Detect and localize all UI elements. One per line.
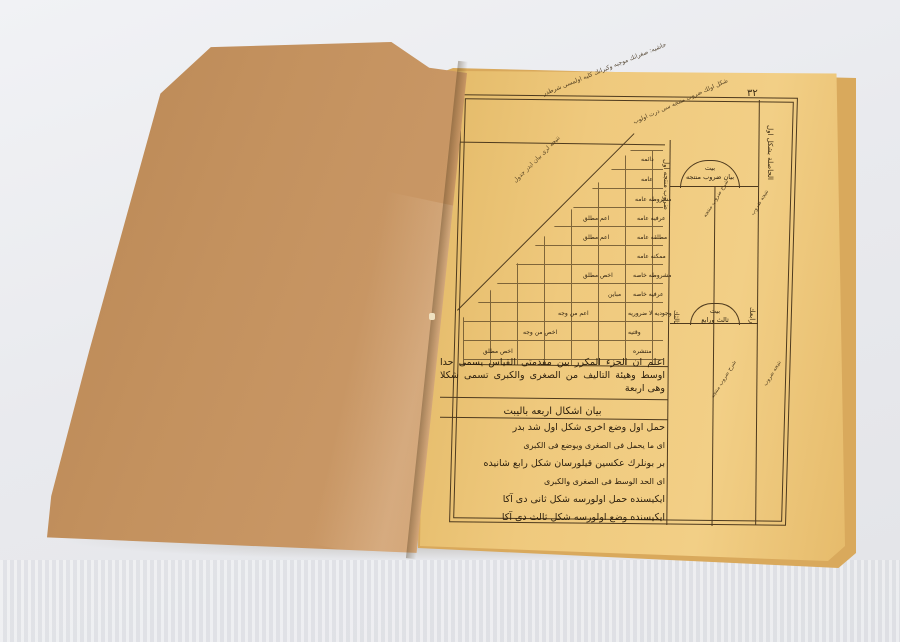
verse-line: حمل اول وضع اخرى شكل اول شد بدر	[440, 421, 665, 435]
side-label-fourth: رابعك	[748, 296, 756, 324]
table-cell: مشروطه خاصه	[633, 272, 672, 279]
text-block: اعلم ان الجزء المكرر بين مقدمتى القياس ي…	[440, 356, 665, 525]
dome-top-line1: بيت	[681, 164, 739, 173]
table-cell: عامه	[641, 176, 653, 183]
table-cell: ممكنه عامه	[637, 253, 666, 260]
table-cell: اخص مطلق	[583, 272, 613, 279]
table-cell: اعم من وجه	[558, 310, 589, 317]
intro-paragraph: اعلم ان الجزء المكرر بين مقدمتى القياس ي…	[440, 356, 665, 395]
table-cell: اخص من وجه	[523, 329, 557, 336]
table-surface	[0, 560, 900, 642]
page-number: ٣٢	[747, 88, 758, 99]
table-cell: وقتيه	[628, 329, 641, 336]
syllogism-table: نتيجه لرى بيان ايدر جدول دائمه عامه مشرو…	[463, 150, 663, 365]
binding-thread	[429, 313, 435, 320]
verse-gloss: اى الحد الوسط فى الصغرى والكبرى	[440, 475, 665, 489]
verse-line: بر بونلرك عكسين قيلورسان شكل رابع شانيده	[440, 457, 665, 471]
dome-bottom-line1: بيت	[691, 307, 739, 316]
left-endpaper	[47, 42, 467, 558]
verse-line: ايكيسنده حمل اولورسه شكل ثانى دى آكا	[440, 493, 665, 507]
table-cell: مطلقه عامه	[637, 234, 667, 241]
section-title: بيان اشكال اربعه باليبت	[440, 406, 665, 417]
verse-heading-dome-bottom: بيت ثالث ورابع	[690, 303, 740, 325]
verse-line: ايكيسنده وضع اولورسه شكل ثالث دى آكا	[440, 511, 665, 525]
table-cell: مشروطه عامه	[635, 196, 672, 203]
table-cell: دائمه	[641, 156, 654, 163]
table-cell: وجوديه لا ضروريه	[628, 310, 672, 317]
table-cell: اخص مطلق	[483, 348, 513, 355]
table-cell: عرفيه عامه	[637, 215, 666, 222]
table-cell: اعم مطلق	[583, 234, 609, 241]
side-title-right: الحاصلة بشكل اول	[766, 110, 774, 180]
table-cell: مباين	[608, 291, 621, 298]
side-label-third: ثالثك	[672, 296, 680, 324]
dome-bottom-line2: ثالث ورابع	[691, 316, 739, 325]
table-cell: منتشره	[633, 348, 652, 355]
dome-top-line2: بيان ضروب منتجه	[681, 173, 739, 182]
table-cell: عرفيه خاصه	[633, 291, 664, 298]
verse-gloss: اى ما يحمل فى الصغرى ويوضع فى الكبرى	[440, 439, 665, 453]
table-cell: اعم مطلق	[583, 215, 609, 222]
